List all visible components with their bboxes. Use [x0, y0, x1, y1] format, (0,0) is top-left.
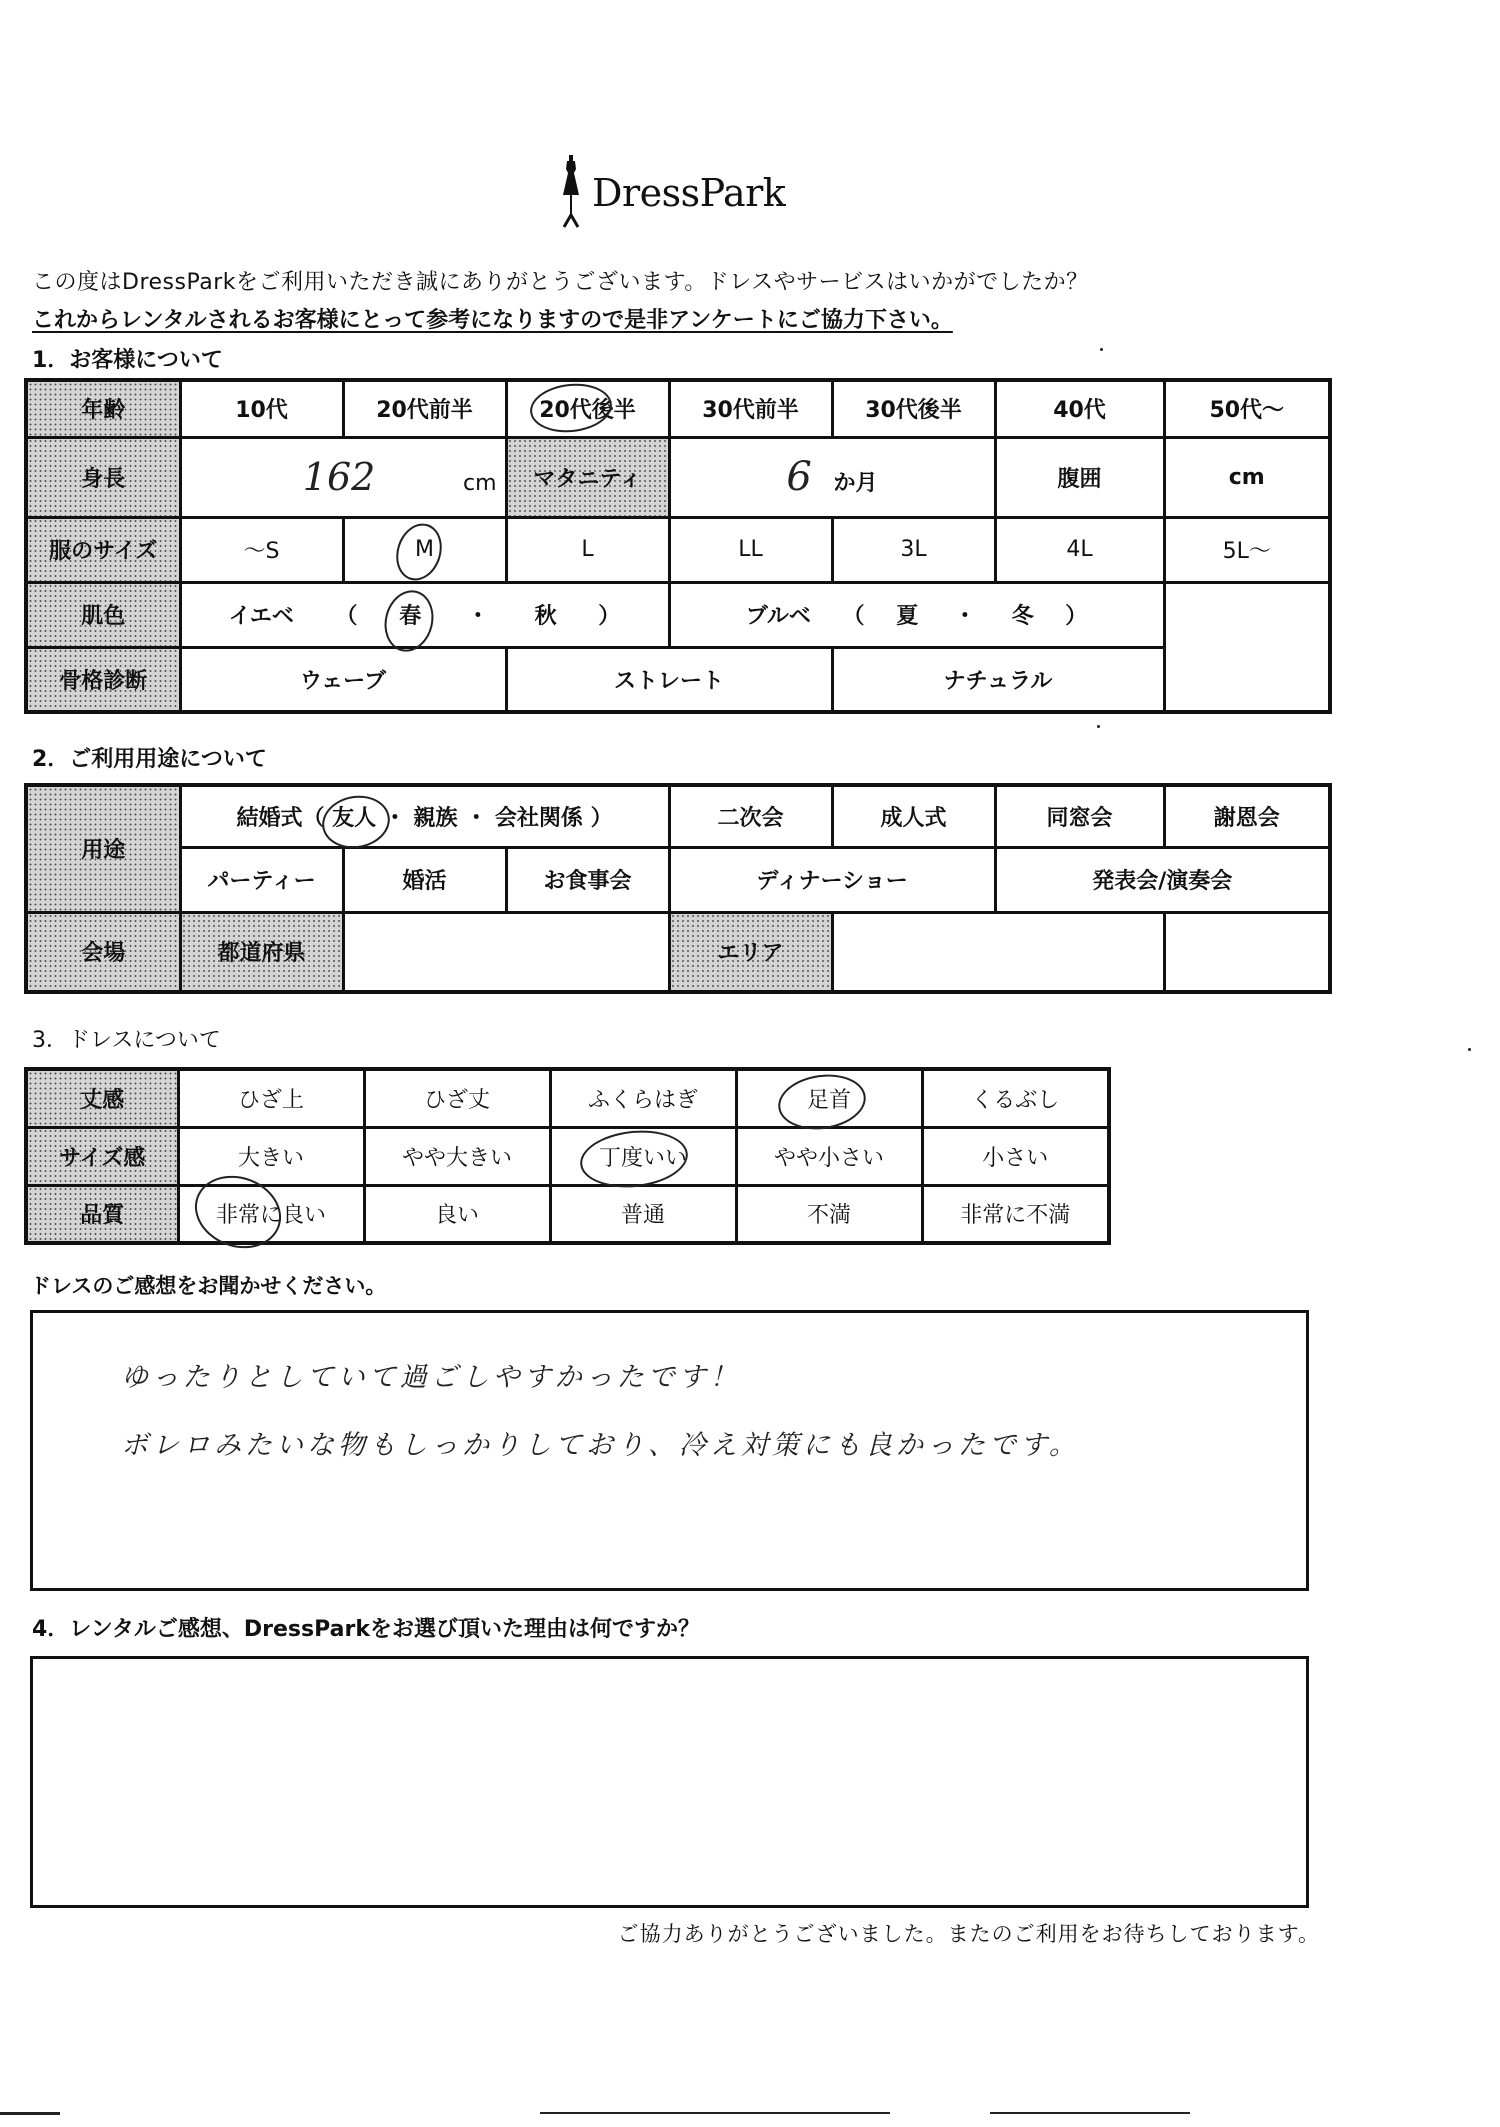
size-option[interactable]: LL — [669, 517, 832, 582]
relatives-option[interactable]: 親族 — [414, 806, 458, 831]
length-option-selected[interactable]: 足首 — [736, 1069, 922, 1127]
age-option[interactable]: 30代前半 — [669, 380, 832, 437]
customer-info-table: 年齢 10代 20代前半 20代後半 30代前半 30代後半 40代 50代～ … — [24, 378, 1332, 714]
venue-row: 会場 都道府県 エリア — [26, 912, 1330, 992]
scan-artifact — [1468, 1048, 1471, 1051]
autumn-option[interactable]: 秋 — [535, 604, 557, 629]
usage-option[interactable]: パーティー — [180, 847, 343, 912]
age-option[interactable]: 20代前半 — [343, 380, 506, 437]
winter-option[interactable]: 冬 — [1012, 604, 1034, 629]
fit-option[interactable]: やや小さい — [736, 1127, 922, 1185]
body-type-option[interactable]: ナチュラル — [832, 647, 1164, 712]
length-option[interactable]: ふくらはぎ — [550, 1069, 736, 1127]
wedding-option[interactable]: 結婚式（ 友人 ・ 親族 ・ 会社関係 ） — [180, 785, 669, 847]
scan-artifact — [1100, 348, 1103, 351]
paren: ） — [598, 604, 620, 629]
fit-option-text: 丁度いい — [599, 1146, 687, 1171]
dress-mannequin-icon — [560, 155, 582, 230]
size-option[interactable]: 3L — [832, 517, 995, 582]
fit-label: サイズ感 — [26, 1127, 178, 1185]
dress-comment-box[interactable]: ゆったりとしていて過ごしやすかったです！ ボレロみたいな物もしっかりしており、冷… — [30, 1310, 1309, 1591]
separator: ・ — [467, 604, 489, 629]
size-option-text: M — [415, 537, 434, 562]
age-option[interactable]: 30代後半 — [832, 380, 995, 437]
venue-label: 会場 — [26, 912, 180, 992]
length-option[interactable]: ひざ上 — [178, 1069, 364, 1127]
height-unit: cm — [463, 471, 497, 496]
usage-row-1: 用途 結婚式（ 友人 ・ 親族 ・ 会社関係 ） 二次会 成人式 同窓会 謝恩会 — [26, 785, 1330, 847]
months-unit: か月 — [834, 471, 878, 496]
length-row: 丈感 ひざ上 ひざ丈 ふくらはぎ 足首 くるぶし — [26, 1069, 1109, 1127]
usage-table: 用途 結婚式（ 友人 ・ 親族 ・ 会社関係 ） 二次会 成人式 同窓会 謝恩会… — [24, 783, 1332, 994]
size-option[interactable]: ～S — [180, 517, 343, 582]
paren: （ — [843, 604, 865, 629]
height-label: 身長 — [26, 437, 180, 517]
section3-title: 3．ドレスについて — [32, 1023, 221, 1054]
age-option[interactable]: 10代 — [180, 380, 343, 437]
scan-artifact — [990, 2112, 1190, 2114]
usage-option[interactable]: 婚活 — [343, 847, 506, 912]
wedding-friend-selected[interactable]: 友人 — [332, 806, 384, 831]
length-option[interactable]: ひざ丈 — [364, 1069, 550, 1127]
fit-option[interactable]: 大きい — [178, 1127, 364, 1185]
size-option-selected[interactable]: M — [343, 517, 506, 582]
section2-title: 2．ご利用用途について — [32, 742, 267, 773]
age-option[interactable]: 40代 — [995, 380, 1164, 437]
quality-option[interactable]: 普通 — [550, 1185, 736, 1243]
maternity-months-field[interactable]: 6 か月 — [669, 437, 995, 517]
rental-comment-box[interactable] — [30, 1656, 1309, 1908]
fit-option-selected[interactable]: 丁度いい — [550, 1127, 736, 1185]
body-type-label: 骨格診断 — [26, 647, 180, 712]
separator: ・ — [465, 806, 487, 831]
logo-text: DressPark — [592, 171, 785, 215]
skin-label: 肌色 — [26, 582, 180, 647]
company-option[interactable]: 会社関係 — [495, 806, 583, 831]
comment-prompt: ドレスのご感想をお聞かせください。 — [30, 1270, 386, 1300]
separator: ・ — [954, 604, 976, 629]
size-row: 服のサイズ ～S M L LL 3L 4L 5L～ — [26, 517, 1330, 582]
paren: ） — [591, 806, 613, 831]
maternity-months-value: 6 — [786, 454, 811, 500]
comment-line-1: ゆったりとしていて過ごしやすかったです！ — [121, 1355, 741, 1394]
maternity-label: マタニティ — [506, 437, 669, 517]
usage-option[interactable]: 二次会 — [669, 785, 832, 847]
wedding-prefix: 結婚式（ — [236, 806, 324, 831]
size-option[interactable]: L — [506, 517, 669, 582]
empty-cell — [1164, 582, 1330, 647]
age-label: 年齢 — [26, 380, 180, 437]
quality-label: 品質 — [26, 1185, 178, 1243]
fit-row: サイズ感 大きい やや大きい 丁度いい やや小さい 小さい — [26, 1127, 1109, 1185]
waist-field[interactable]: cm — [1164, 437, 1330, 517]
usage-option[interactable]: お食事会 — [506, 847, 669, 912]
quality-option[interactable]: 不満 — [736, 1185, 922, 1243]
fit-option[interactable]: 小さい — [922, 1127, 1109, 1185]
scan-artifact — [540, 2112, 890, 2114]
height-row: 身長 162 cm マタニティ 6 か月 腹囲 cm — [26, 437, 1330, 517]
usage-option[interactable]: 発表会/演奏会 — [995, 847, 1330, 912]
scan-artifact — [0, 2112, 60, 2115]
prefecture-field[interactable] — [343, 912, 669, 992]
yellow-base-text: イエベ — [229, 604, 294, 629]
usage-option[interactable]: 謝恩会 — [1164, 785, 1330, 847]
length-label: 丈感 — [26, 1069, 178, 1127]
section4-title: 4．レンタルご感想、DressParkをお選び頂いた理由は何ですか？ — [32, 1612, 700, 1643]
area-field[interactable] — [832, 912, 1164, 992]
blue-base-text: ブルベ — [746, 604, 811, 629]
skin-spring-selected[interactable]: 春 — [399, 604, 447, 629]
fit-option[interactable]: やや大きい — [364, 1127, 550, 1185]
quality-option-selected[interactable]: 非常に良い — [178, 1185, 364, 1243]
purpose-label: 用途 — [26, 785, 180, 912]
age-option-selected[interactable]: 20代後半 — [506, 380, 669, 437]
size-label: 服のサイズ — [26, 517, 180, 582]
blue-base-option[interactable]: ブルベ （ 夏 ・ 冬 ） — [669, 582, 1164, 647]
length-option[interactable]: くるぶし — [922, 1069, 1109, 1127]
waist-unit: cm — [1229, 465, 1265, 490]
dress-table: 丈感 ひざ上 ひざ丈 ふくらはぎ 足首 くるぶし サイズ感 大きい やや大きい … — [24, 1067, 1111, 1245]
paren: （ — [336, 604, 358, 629]
intro-request: これからレンタルされるお客様にとって参考になりますので是非アンケートにご協力下さ… — [32, 303, 953, 334]
quality-option-text: 非常に良い — [216, 1203, 326, 1228]
scan-artifact — [1097, 725, 1100, 728]
age-row: 年齢 10代 20代前半 20代後半 30代前半 30代後半 40代 50代～ — [26, 380, 1330, 437]
size-option[interactable]: 5L～ — [1164, 517, 1330, 582]
age-option-text: 20代後半 — [539, 398, 636, 423]
body-type-option[interactable]: ストレート — [506, 647, 832, 712]
skin-row: 肌色 イエベ （ 春 ・ 秋 ） ブルベ （ 夏 ・ 冬 ） — [26, 582, 1330, 647]
usage-option[interactable]: 同窓会 — [995, 785, 1164, 847]
height-field[interactable]: 162 cm — [180, 437, 506, 517]
spring-text: 春 — [399, 604, 421, 629]
empty-cell — [1164, 647, 1330, 712]
body-type-option[interactable]: ウェーブ — [180, 647, 506, 712]
yellow-base-option[interactable]: イエベ （ 春 ・ 秋 ） — [180, 582, 669, 647]
area-label: エリア — [669, 912, 832, 992]
friend-text: 友人 — [332, 806, 376, 831]
size-option[interactable]: 4L — [995, 517, 1164, 582]
section1-title: 1．お客様について — [32, 343, 223, 374]
waist-label: 腹囲 — [995, 437, 1164, 517]
separator: ・ — [384, 806, 406, 831]
quality-option[interactable]: 良い — [364, 1185, 550, 1243]
length-option-text: 足首 — [807, 1088, 851, 1113]
height-value: 162 — [303, 455, 376, 499]
usage-option[interactable]: ディナーショー — [669, 847, 995, 912]
intro-text: この度はDressParkをご利用いただき誠にありがとうございます。ドレスやサー… — [32, 265, 1089, 296]
summer-option[interactable]: 夏 — [896, 604, 918, 629]
usage-option[interactable]: 成人式 — [832, 785, 995, 847]
paren: ） — [1065, 604, 1087, 629]
empty-cell — [1164, 912, 1330, 992]
usage-row-2: パーティー 婚活 お食事会 ディナーショー 発表会/演奏会 — [26, 847, 1330, 912]
closing-message: ご協力ありがとうございました。またのご利用をお待ちしております。 — [618, 1918, 1320, 1948]
prefecture-label: 都道府県 — [180, 912, 343, 992]
quality-option[interactable]: 非常に不満 — [922, 1185, 1109, 1243]
comment-line-2: ボレロみたいな物もしっかりしており、冷え対策にも良かったです。 — [121, 1423, 1080, 1462]
logo: DressPark — [560, 155, 785, 230]
quality-row: 品質 非常に良い 良い 普通 不満 非常に不満 — [26, 1185, 1109, 1243]
age-option[interactable]: 50代～ — [1164, 380, 1330, 437]
body-type-row: 骨格診断 ウェーブ ストレート ナチュラル — [26, 647, 1330, 712]
